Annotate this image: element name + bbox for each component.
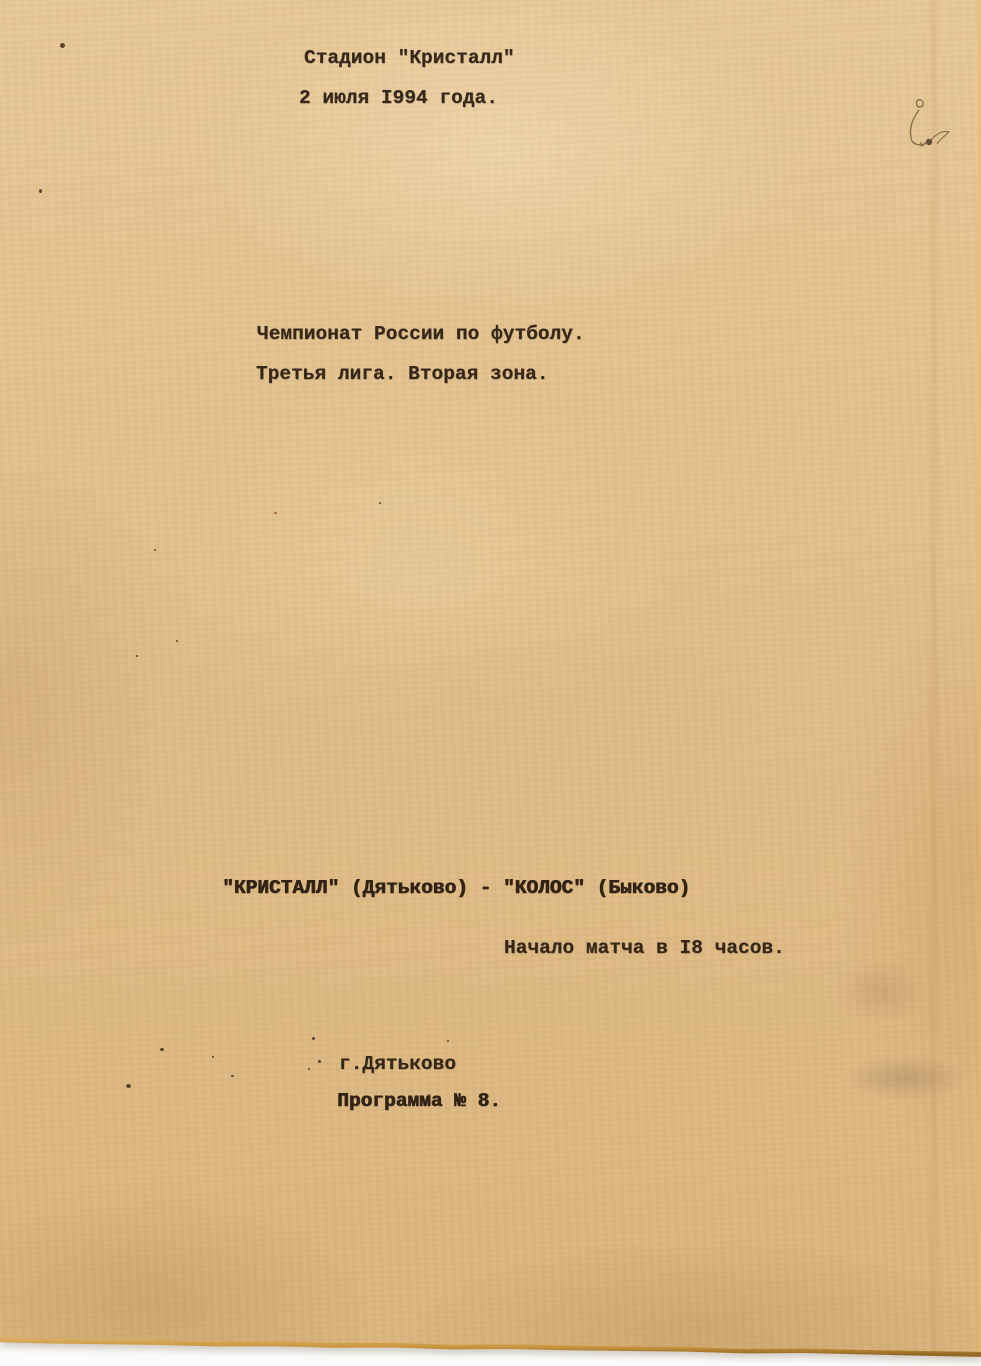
ink-speck bbox=[39, 189, 42, 193]
scanned-programme-cover: Стадион "Кристалл" 2 июля I994 года. Чем… bbox=[0, 0, 981, 1366]
ink-speck bbox=[274, 512, 277, 514]
ink-speck bbox=[212, 1056, 214, 1058]
pencil-mark bbox=[893, 92, 957, 164]
ink-speck bbox=[318, 1060, 321, 1063]
date-line: 2 июля I994 года. bbox=[299, 86, 498, 110]
programme-cover-page: Стадион "Кристалл" 2 июля I994 года. Чем… bbox=[0, 0, 981, 1366]
league-zone-line: Третья лига. Вторая зона. bbox=[256, 362, 549, 386]
ink-speck bbox=[60, 43, 65, 48]
page-stack: Стадион "Кристалл" 2 июля I994 года. Чем… bbox=[0, 0, 981, 1366]
ink-speck bbox=[308, 1068, 310, 1070]
ink-speck bbox=[379, 502, 381, 504]
city-line: г.Дятьково bbox=[339, 1052, 456, 1076]
ink-speck bbox=[126, 1084, 131, 1088]
ink-speck bbox=[428, 1094, 430, 1096]
championship-line: Чемпионат России по футболу. bbox=[257, 322, 585, 346]
ink-speck bbox=[312, 1037, 315, 1040]
ink-speck bbox=[231, 1075, 234, 1077]
ink-speck bbox=[447, 1040, 449, 1042]
programme-number-line: Программа № 8. bbox=[337, 1089, 501, 1113]
stadium-line: Стадион "Кристалл" bbox=[304, 46, 515, 70]
ink-speck bbox=[176, 640, 178, 642]
kickoff-time-line: Начало матча в I8 часов. bbox=[504, 936, 785, 960]
ink-speck bbox=[154, 549, 156, 551]
match-teams-line: "КРИСТАЛЛ" (Дятьково) - "КОЛОС" (Быково) bbox=[222, 876, 690, 900]
ink-speck bbox=[160, 1048, 164, 1051]
ink-speck bbox=[136, 655, 138, 657]
